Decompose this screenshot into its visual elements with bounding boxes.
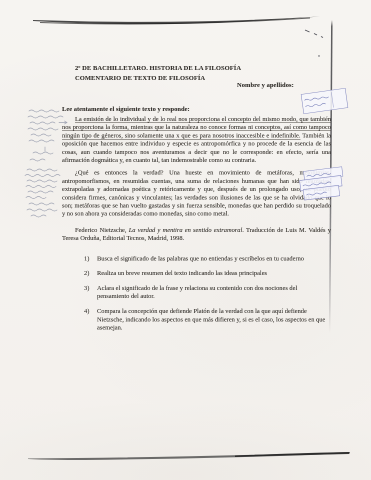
handwritten-margin-note-bottom: [22, 167, 78, 223]
question-number: 4): [84, 307, 89, 315]
citation-author: Federico Nietzsche,: [75, 226, 129, 233]
pen-marks-top-right: [305, 30, 323, 57]
question-text: Aclara el significado de la frase y rela…: [97, 284, 297, 299]
question-text: Realiza un breve resumen del texto indic…: [97, 270, 267, 277]
text-block: La emisión de lo individual y de lo real…: [62, 115, 331, 338]
question-list: 1) Busca el significado de las palabras …: [62, 254, 331, 332]
handwritten-margin-note-top: [25, 107, 80, 165]
question-number: 3): [84, 284, 89, 292]
citation-title: La verdad y mentira en sentido extramora…: [129, 226, 243, 233]
bottom-scan-streak: [28, 452, 350, 460]
document-subtitle: COMENTARIO DE TEXTO DE FILOSOFÍA: [75, 74, 205, 82]
question-item-1: 1) Busca el significado de las palabras …: [62, 254, 331, 262]
document-title: 2º DE BACHILLETARO. HISTORIA DE LA FILOS…: [75, 64, 241, 72]
paragraph-2: ¿Qué es entonces la verdad? Una hueste e…: [62, 169, 331, 218]
question-number: 2): [84, 269, 89, 277]
underlined-passage: La emisión de lo individual y de lo real…: [62, 116, 331, 139]
question-number: 1): [84, 254, 89, 262]
page-surface: 2º DE BACHILLETARO. HISTORIA DE LA FILOS…: [0, 0, 371, 480]
scanned-document-page: 2º DE BACHILLETARO. HISTORIA DE LA FILOS…: [0, 0, 371, 480]
question-item-3: 3) Aclara el significado de la frase y r…: [62, 284, 331, 301]
question-text: Compara la concepción que defiende Plató…: [97, 308, 325, 332]
citation: Federico Nietzsche, La verdad y mentira …: [62, 226, 331, 242]
question-text: Busca el significado de las palabras que…: [97, 255, 304, 262]
paragraph-1: La emisión de lo individual y de lo real…: [62, 115, 331, 164]
arrow-icon: [59, 121, 67, 124]
top-scan-streak: [33, 17, 320, 25]
pencil-scribble-lines: [25, 169, 60, 217]
pencil-scribble-lines: [28, 110, 67, 161]
name-label: Nombre y apellidos:: [237, 81, 294, 89]
instruction-line: Lee atentamente el siguiente texto y res…: [62, 105, 190, 113]
handwritten-boxed-note-bottom: [297, 166, 347, 202]
question-item-2: 2) Realiza un breve resumen del texto in…: [62, 269, 331, 277]
question-item-4: 4) Compara la concepción que defiende Pl…: [62, 307, 331, 332]
